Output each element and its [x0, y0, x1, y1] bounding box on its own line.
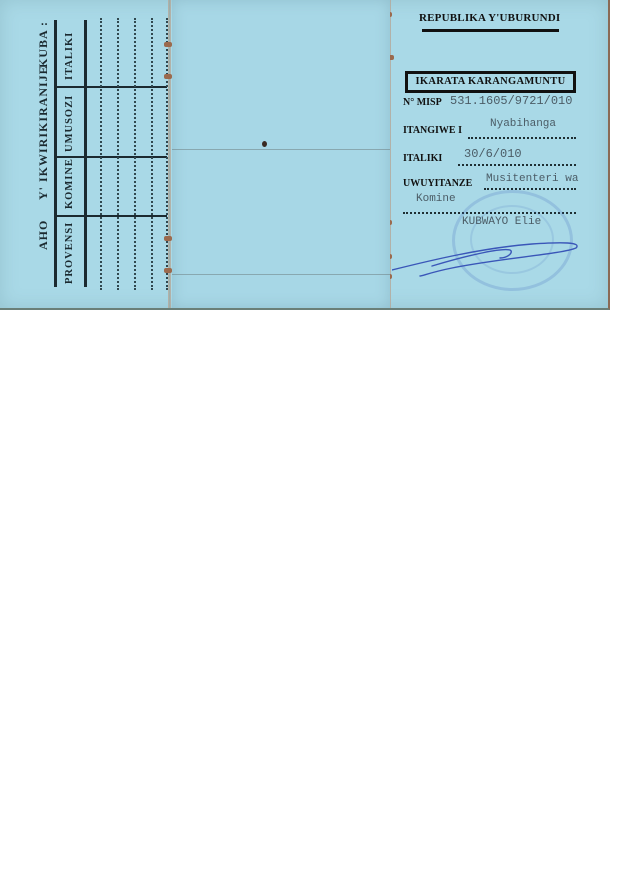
- dotted-line: [458, 164, 576, 166]
- identity-card: AHO Y' IKWIRIKIRANIJE KUBA : PROVENSI KO…: [0, 0, 610, 310]
- column-umusozi: UMUSOZI: [64, 95, 75, 152]
- table-heading-ikwirikiranije: Y' IKWIRIKIRANIJE: [36, 65, 51, 200]
- misp-label: N° MISP: [403, 97, 442, 108]
- stitch: [164, 268, 172, 273]
- signatory-name: KUBWAYO Elie: [462, 216, 541, 228]
- crease: [172, 149, 390, 150]
- residence-table-panel: AHO Y' IKWIRIKIRANIJE KUBA : PROVENSI KO…: [0, 0, 170, 308]
- table-heading-aho: AHO: [36, 220, 51, 250]
- issued-at-value: Nyabihanga: [490, 118, 556, 130]
- table-header-divider: [84, 20, 87, 287]
- misp-value: 531.1605/9721/010: [450, 94, 572, 108]
- signature-icon: [392, 232, 608, 282]
- column-italiki: ITALIKI: [64, 32, 75, 80]
- date-value: 30/6/010: [464, 147, 522, 161]
- date-label: ITALIKI: [403, 153, 442, 164]
- stitch: [164, 74, 172, 79]
- crease: [172, 274, 390, 275]
- dotted-line: [468, 137, 576, 139]
- title-underline: [422, 29, 559, 32]
- table-heading-kuba: KUBA :: [36, 21, 51, 68]
- stitch: [164, 236, 172, 241]
- blank-panel: [172, 0, 390, 308]
- issuer-value-line2: Komine: [416, 193, 456, 205]
- entry-line-2: [117, 18, 119, 290]
- ink-spot: [262, 141, 267, 147]
- entry-line-1: [100, 18, 102, 290]
- issuer-label: UWUYITANZE: [403, 178, 472, 189]
- issuer-value: Musitenteri wa: [486, 173, 578, 185]
- stitch: [164, 42, 172, 47]
- id-details-panel: REPUBLIKA Y'UBURUNDI IKARATA KARANGAMUNT…: [392, 0, 608, 308]
- column-provensi: PROVENSI: [64, 222, 75, 284]
- column-komine: KOMINE: [64, 158, 75, 209]
- entry-line-4: [151, 18, 153, 290]
- table-border-left: [54, 20, 57, 287]
- entry-line-3: [134, 18, 136, 290]
- dotted-line: [484, 188, 576, 190]
- republic-title: REPUBLIKA Y'UBURUNDI: [419, 12, 560, 24]
- issued-at-label: ITANGIWE I: [403, 125, 462, 136]
- card-title-box: IKARATA KARANGAMUNTU: [405, 71, 576, 93]
